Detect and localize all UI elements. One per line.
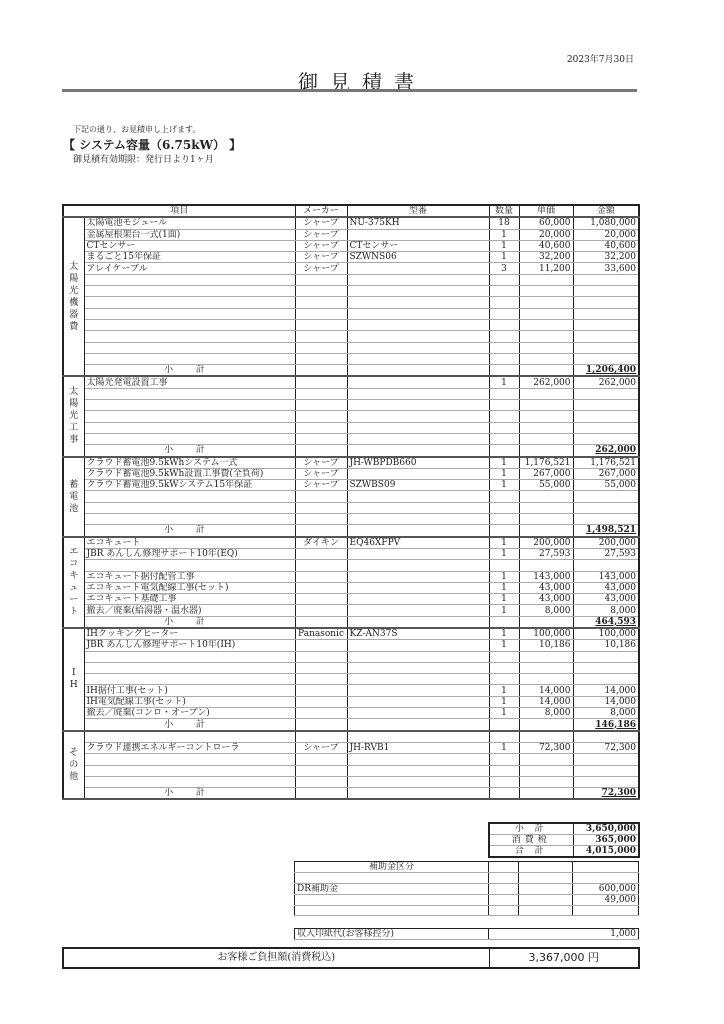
category-text: 太陽光工事 bbox=[69, 386, 79, 446]
table-row: IH電気配線工事(セット)114,00014,000 bbox=[63, 696, 639, 707]
amount-cell bbox=[573, 274, 639, 285]
maker-cell: ダイキン bbox=[295, 537, 347, 549]
model-cell bbox=[347, 433, 489, 444]
item-cell bbox=[84, 662, 295, 673]
table-row bbox=[63, 514, 639, 525]
unit-price-cell bbox=[519, 754, 573, 765]
empty-cell bbox=[519, 905, 573, 916]
table-row bbox=[63, 286, 639, 297]
qty-cell bbox=[489, 297, 519, 308]
maker-cell: シャープ bbox=[295, 240, 347, 251]
item-cell bbox=[84, 422, 295, 433]
qty-cell: 1 bbox=[489, 685, 519, 696]
qty-cell bbox=[489, 731, 519, 743]
unit-price-cell bbox=[519, 731, 573, 743]
amount-cell: 8,000 bbox=[573, 605, 639, 616]
amount-cell bbox=[573, 514, 639, 525]
subtotal-row: 小 計262,000 bbox=[63, 445, 639, 457]
qty-cell: 1 bbox=[489, 376, 519, 388]
item-cell bbox=[84, 765, 295, 776]
empty-cell bbox=[295, 525, 347, 537]
maker-cell bbox=[295, 776, 347, 787]
system-capacity: 【 システム容量（6.75kW） 】 bbox=[63, 136, 241, 153]
table-row bbox=[63, 342, 639, 353]
qty-cell bbox=[489, 776, 519, 787]
subtotal-label: 小 計 bbox=[84, 445, 295, 457]
empty-cell bbox=[489, 365, 519, 377]
maker-cell bbox=[295, 400, 347, 411]
model-cell: CTセンサー bbox=[347, 240, 489, 251]
table-row: IHIHクッキングヒーターPanasonicKZ-AN37S1100,00010… bbox=[63, 628, 639, 640]
model-cell: KZ-AN37S bbox=[347, 628, 489, 640]
maker-cell bbox=[295, 331, 347, 342]
subtotal-label: 小 計 bbox=[84, 788, 295, 800]
item-cell: エコキュート基礎工事 bbox=[84, 594, 295, 605]
model-cell bbox=[347, 308, 489, 319]
maker-cell bbox=[295, 594, 347, 605]
model-cell bbox=[347, 651, 489, 662]
item-cell bbox=[84, 651, 295, 662]
title-divider bbox=[62, 89, 637, 92]
model-cell bbox=[347, 229, 489, 240]
table-row: 金属屋根架台一式(1面)シャープ120,00020,000 bbox=[63, 229, 639, 240]
maker-cell: シャープ bbox=[295, 480, 347, 491]
subtotal-label: 小 計 bbox=[84, 525, 295, 537]
amount-cell bbox=[573, 286, 639, 297]
model-cell bbox=[347, 388, 489, 399]
maker-cell bbox=[295, 605, 347, 616]
model-cell: NU-375KH bbox=[347, 217, 489, 229]
maker-cell bbox=[295, 433, 347, 444]
model-cell bbox=[347, 411, 489, 422]
model-cell bbox=[347, 605, 489, 616]
unit-price-cell: 60,000 bbox=[519, 217, 573, 229]
maker-cell bbox=[295, 297, 347, 308]
amount-cell: 200,000 bbox=[573, 537, 639, 549]
subsidy-row bbox=[295, 873, 639, 884]
qty-cell: 1 bbox=[489, 457, 519, 469]
model-cell: SZWBS09 bbox=[347, 480, 489, 491]
qty-cell: 18 bbox=[489, 217, 519, 229]
table-row: 太陽光工事太陽光発電設置工事1262,000262,000 bbox=[63, 376, 639, 388]
item-cell: エコキュート bbox=[84, 537, 295, 549]
maker-cell: シャープ bbox=[295, 252, 347, 263]
unit-price-cell: 55,000 bbox=[519, 480, 573, 491]
empty-cell bbox=[519, 719, 573, 731]
model-cell bbox=[347, 662, 489, 673]
unit-price-cell: 14,000 bbox=[519, 685, 573, 696]
subsidy-amount: 49,000 bbox=[573, 894, 639, 905]
subsidy-label bbox=[295, 894, 489, 905]
empty-cell bbox=[295, 616, 347, 628]
amount-cell bbox=[573, 411, 639, 422]
totals-value: 3,650,000 bbox=[573, 823, 639, 835]
table-row bbox=[63, 353, 639, 364]
category-text: 蓄電池 bbox=[69, 479, 79, 515]
qty-cell: 1 bbox=[489, 594, 519, 605]
amount-cell bbox=[573, 388, 639, 399]
unit-price-cell: 8,000 bbox=[519, 605, 573, 616]
qty-cell bbox=[489, 662, 519, 673]
subtotal-value: 464,593 bbox=[573, 616, 639, 628]
amount-cell: 55,000 bbox=[573, 480, 639, 491]
amount-cell: 32,200 bbox=[573, 252, 639, 263]
maker-cell bbox=[295, 640, 347, 651]
table-row: その他 bbox=[63, 731, 639, 743]
item-cell: エコキュート据付配管工事 bbox=[84, 571, 295, 582]
item-cell bbox=[84, 776, 295, 787]
qty-cell: 1 bbox=[489, 240, 519, 251]
table-row: JBR あんしん修理サポート10年(IH)110,18610,186 bbox=[63, 640, 639, 651]
subsidy-row bbox=[295, 905, 639, 916]
item-cell: JBR あんしん修理サポート10年(EQ) bbox=[84, 548, 295, 559]
table-row bbox=[63, 754, 639, 765]
maker-cell bbox=[295, 696, 347, 707]
item-cell bbox=[84, 400, 295, 411]
table-row bbox=[63, 560, 639, 571]
model-cell bbox=[347, 319, 489, 330]
unit-price-cell: 32,200 bbox=[519, 252, 573, 263]
empty-cell bbox=[489, 525, 519, 537]
unit-price-cell: 267,000 bbox=[519, 468, 573, 479]
model-cell: JH-RVB1 bbox=[347, 742, 489, 753]
intro-text: 下記の通り、お見積申し上げます。 bbox=[73, 124, 200, 135]
amount-cell: 267,000 bbox=[573, 468, 639, 479]
empty-cell bbox=[519, 525, 573, 537]
item-cell bbox=[84, 674, 295, 685]
totals-row: 消費税365,000 bbox=[489, 835, 639, 846]
table-row: クラウド連携エネルギーコントローラシャープJH-RVB1172,30072,30… bbox=[63, 742, 639, 753]
subtotal-value: 1,206,400 bbox=[573, 365, 639, 377]
empty-cell bbox=[489, 873, 519, 884]
maker-cell: シャープ bbox=[295, 263, 347, 274]
item-cell bbox=[84, 331, 295, 342]
maker-cell bbox=[295, 651, 347, 662]
model-cell: EQ46XFPV bbox=[347, 537, 489, 549]
table-row bbox=[63, 491, 639, 502]
subtotal-row: 小 計146,186 bbox=[63, 719, 639, 731]
empty-cell bbox=[295, 365, 347, 377]
qty-cell bbox=[489, 274, 519, 285]
qty-cell bbox=[489, 400, 519, 411]
subtotal-row: 小 計1,206,400 bbox=[63, 365, 639, 377]
amount-cell bbox=[573, 331, 639, 342]
unit-price-cell: 40,600 bbox=[519, 240, 573, 251]
maker-cell bbox=[295, 491, 347, 502]
unit-price-cell bbox=[519, 342, 573, 353]
amount-cell: 33,600 bbox=[573, 263, 639, 274]
grand-total-amount: 3,367,000 円 bbox=[489, 948, 639, 968]
model-cell bbox=[347, 376, 489, 388]
subsidy-table: 補助金区分 DR補助金600,00049,000 bbox=[294, 861, 639, 916]
totals-label: 小 計 bbox=[489, 823, 573, 835]
qty-cell: 1 bbox=[489, 640, 519, 651]
estimate-table: 項目 メーカー 型番 数量 単価 金額 太陽光機器費太陽電池モジュールシャープN… bbox=[62, 204, 640, 800]
table-row bbox=[63, 433, 639, 444]
model-cell bbox=[347, 571, 489, 582]
table-header: 項目 メーカー 型番 数量 単価 金額 bbox=[63, 205, 639, 217]
qty-cell bbox=[489, 754, 519, 765]
model-cell bbox=[347, 754, 489, 765]
unit-price-cell bbox=[519, 353, 573, 364]
empty-cell bbox=[295, 719, 347, 731]
subtotal-label: 小 計 bbox=[84, 616, 295, 628]
subsidy-label bbox=[295, 873, 489, 884]
totals-row: 小 計3,650,000 bbox=[489, 823, 639, 835]
header-amount: 金額 bbox=[573, 205, 639, 217]
table-row bbox=[63, 651, 639, 662]
model-cell bbox=[347, 594, 489, 605]
amount-cell: 43,000 bbox=[573, 582, 639, 593]
amount-cell bbox=[573, 765, 639, 776]
qty-cell bbox=[489, 560, 519, 571]
unit-price-cell bbox=[519, 674, 573, 685]
item-cell bbox=[84, 319, 295, 330]
unit-price-cell: 27,593 bbox=[519, 548, 573, 559]
unit-price-cell: 14,000 bbox=[519, 696, 573, 707]
table-row: エコキュート基礎工事143,00043,000 bbox=[63, 594, 639, 605]
empty-cell bbox=[519, 883, 573, 894]
unit-price-cell: 143,000 bbox=[519, 571, 573, 582]
qty-cell bbox=[489, 286, 519, 297]
category-label: 太陽光工事 bbox=[63, 376, 84, 456]
qty-cell: 1 bbox=[489, 742, 519, 753]
empty-cell bbox=[347, 719, 489, 731]
totals-label: 合 計 bbox=[489, 846, 573, 858]
amount-cell bbox=[573, 754, 639, 765]
qty-cell: 1 bbox=[489, 537, 519, 549]
model-cell bbox=[347, 331, 489, 342]
model-cell bbox=[347, 674, 489, 685]
subsidy-amount bbox=[573, 873, 639, 884]
maker-cell bbox=[295, 502, 347, 513]
qty-cell bbox=[489, 411, 519, 422]
qty-cell: 1 bbox=[489, 628, 519, 640]
qty-cell bbox=[489, 388, 519, 399]
maker-cell bbox=[295, 411, 347, 422]
qty-cell bbox=[489, 319, 519, 330]
empty-cell bbox=[489, 883, 519, 894]
empty-cell bbox=[489, 905, 519, 916]
unit-price-cell bbox=[519, 502, 573, 513]
model-cell bbox=[347, 560, 489, 571]
amount-cell bbox=[573, 731, 639, 743]
table-row: CTセンサーシャープCTセンサー140,60040,600 bbox=[63, 240, 639, 251]
subtotal-value: 72,300 bbox=[573, 788, 639, 800]
empty-cell bbox=[519, 788, 573, 800]
item-cell: CTセンサー bbox=[84, 240, 295, 251]
amount-cell: 143,000 bbox=[573, 571, 639, 582]
amount-cell: 27,593 bbox=[573, 548, 639, 559]
stamp-fee-table: 収入印紙代(お客様控分) 1,000 bbox=[294, 928, 639, 940]
qty-cell bbox=[489, 331, 519, 342]
item-cell bbox=[84, 411, 295, 422]
empty-cell bbox=[295, 788, 347, 800]
unit-price-cell bbox=[519, 411, 573, 422]
unit-price-cell bbox=[519, 662, 573, 673]
subtotal-value: 1,498,521 bbox=[573, 525, 639, 537]
table-row: エコキュートエコキュートダイキンEQ46XFPV1200,000200,000 bbox=[63, 537, 639, 549]
model-cell bbox=[347, 286, 489, 297]
item-cell: JBR あんしん修理サポート10年(IH) bbox=[84, 640, 295, 651]
model-cell bbox=[347, 696, 489, 707]
item-cell bbox=[84, 286, 295, 297]
amount-cell bbox=[573, 400, 639, 411]
amount-cell: 20,000 bbox=[573, 229, 639, 240]
amount-cell bbox=[573, 674, 639, 685]
empty-cell bbox=[347, 788, 489, 800]
empty-cell bbox=[347, 525, 489, 537]
unit-price-cell: 43,000 bbox=[519, 582, 573, 593]
grand-total-row: お客様ご負担額(消費税込) 3,367,000 円 bbox=[63, 948, 639, 968]
model-cell: JH-WBPDB660 bbox=[347, 457, 489, 469]
amount-cell bbox=[573, 662, 639, 673]
item-cell: 太陽電池モジュール bbox=[84, 217, 295, 229]
item-cell: クラウド蓄電池9.5kWhシステム一式 bbox=[84, 457, 295, 469]
model-cell bbox=[347, 468, 489, 479]
item-cell: 撤去／廃棄(給湯器・温水器) bbox=[84, 605, 295, 616]
subtotal-value: 146,186 bbox=[573, 719, 639, 731]
item-cell: エコキュート電気配線工事(セット) bbox=[84, 582, 295, 593]
stamp-fee-label: 収入印紙代(お客様控分) bbox=[295, 929, 489, 940]
model-cell bbox=[347, 297, 489, 308]
maker-cell bbox=[295, 571, 347, 582]
unit-price-cell bbox=[519, 331, 573, 342]
empty-cell bbox=[489, 719, 519, 731]
totals-table: 小 計3,650,000消費税365,000合 計4,015,000 bbox=[488, 822, 640, 858]
qty-cell bbox=[489, 651, 519, 662]
item-cell bbox=[84, 491, 295, 502]
model-cell bbox=[347, 582, 489, 593]
unit-price-cell: 10,186 bbox=[519, 640, 573, 651]
unit-price-cell bbox=[519, 765, 573, 776]
empty-cell bbox=[489, 445, 519, 457]
subsidy-label: DR補助金 bbox=[295, 883, 489, 894]
item-cell bbox=[84, 754, 295, 765]
grand-total-label: お客様ご負担額(消費税込) bbox=[63, 948, 489, 968]
totals-value: 365,000 bbox=[573, 835, 639, 846]
qty-cell: 1 bbox=[489, 480, 519, 491]
subtotal-row: 小 計72,300 bbox=[63, 788, 639, 800]
amount-cell bbox=[573, 308, 639, 319]
table-row: アレイケーブルシャープ311,20033,600 bbox=[63, 263, 639, 274]
empty-cell bbox=[347, 616, 489, 628]
unit-price-cell bbox=[519, 776, 573, 787]
item-cell bbox=[84, 502, 295, 513]
item-cell bbox=[84, 297, 295, 308]
table-row bbox=[63, 400, 639, 411]
unit-price-cell bbox=[519, 514, 573, 525]
item-cell bbox=[84, 731, 295, 743]
model-cell bbox=[347, 776, 489, 787]
subsidy-label bbox=[295, 905, 489, 916]
item-cell: クラウド蓄電池9.5kWh設置工事費(全負荷) bbox=[84, 468, 295, 479]
totals-label: 消費税 bbox=[489, 835, 573, 846]
unit-price-cell: 43,000 bbox=[519, 594, 573, 605]
unit-price-cell bbox=[519, 308, 573, 319]
unit-price-cell: 262,000 bbox=[519, 376, 573, 388]
table-row: エコキュート据付配管工事1143,000143,000 bbox=[63, 571, 639, 582]
amount-cell: 40,600 bbox=[573, 240, 639, 251]
model-cell bbox=[347, 514, 489, 525]
qty-cell bbox=[489, 514, 519, 525]
unit-price-cell: 72,300 bbox=[519, 742, 573, 753]
maker-cell bbox=[295, 388, 347, 399]
qty-cell bbox=[489, 433, 519, 444]
category-text: IH bbox=[69, 667, 79, 691]
empty-cell bbox=[347, 445, 489, 457]
maker-cell bbox=[295, 353, 347, 364]
amount-cell: 1,176,521 bbox=[573, 457, 639, 469]
qty-cell: 1 bbox=[489, 696, 519, 707]
amount-cell: 10,186 bbox=[573, 640, 639, 651]
unit-price-cell: 1,176,521 bbox=[519, 457, 573, 469]
amount-cell bbox=[573, 491, 639, 502]
item-cell: アレイケーブル bbox=[84, 263, 295, 274]
maker-cell bbox=[295, 754, 347, 765]
table-row bbox=[63, 297, 639, 308]
maker-cell bbox=[295, 286, 347, 297]
qty-cell bbox=[489, 353, 519, 364]
model-cell bbox=[347, 548, 489, 559]
unit-price-cell: 200,000 bbox=[519, 537, 573, 549]
issue-date: 2023年7月30日 bbox=[567, 52, 634, 65]
amount-cell: 8,000 bbox=[573, 708, 639, 719]
item-cell bbox=[84, 274, 295, 285]
maker-cell bbox=[295, 274, 347, 285]
model-cell bbox=[347, 708, 489, 719]
table-row bbox=[63, 411, 639, 422]
amount-cell: 1,080,000 bbox=[573, 217, 639, 229]
qty-cell: 1 bbox=[489, 548, 519, 559]
model-cell bbox=[347, 731, 489, 743]
maker-cell: シャープ bbox=[295, 229, 347, 240]
model-cell bbox=[347, 502, 489, 513]
category-label: 太陽光機器費 bbox=[63, 217, 84, 376]
subsidy-header-label: 補助金区分 bbox=[295, 862, 489, 873]
model-cell bbox=[347, 342, 489, 353]
subtotal-value: 262,000 bbox=[573, 445, 639, 457]
table-row: IH据付工事(セット)114,00014,000 bbox=[63, 685, 639, 696]
unit-price-cell: 8,000 bbox=[519, 708, 573, 719]
maker-cell bbox=[295, 308, 347, 319]
maker-cell bbox=[295, 548, 347, 559]
qty-cell: 1 bbox=[489, 582, 519, 593]
unit-price-cell bbox=[519, 491, 573, 502]
item-cell: IH電気配線工事(セット) bbox=[84, 696, 295, 707]
qty-cell: 3 bbox=[489, 263, 519, 274]
model-cell bbox=[347, 353, 489, 364]
maker-cell bbox=[295, 422, 347, 433]
amount-cell bbox=[573, 353, 639, 364]
maker-cell bbox=[295, 708, 347, 719]
item-cell: 撤去／廃棄(コンロ・オーブン) bbox=[84, 708, 295, 719]
amount-cell: 14,000 bbox=[573, 685, 639, 696]
table-row: エコキュート電気配線工事(セット)143,00043,000 bbox=[63, 582, 639, 593]
subsidy-row: DR補助金600,000 bbox=[295, 883, 639, 894]
model-cell bbox=[347, 765, 489, 776]
table-row bbox=[63, 331, 639, 342]
category-text: 太陽光機器費 bbox=[69, 261, 79, 333]
maker-cell bbox=[295, 342, 347, 353]
model-cell bbox=[347, 400, 489, 411]
item-cell bbox=[84, 514, 295, 525]
unit-price-cell bbox=[519, 651, 573, 662]
header-model: 型番 bbox=[347, 205, 489, 217]
maker-cell bbox=[295, 560, 347, 571]
empty-cell bbox=[347, 365, 489, 377]
qty-cell bbox=[489, 674, 519, 685]
